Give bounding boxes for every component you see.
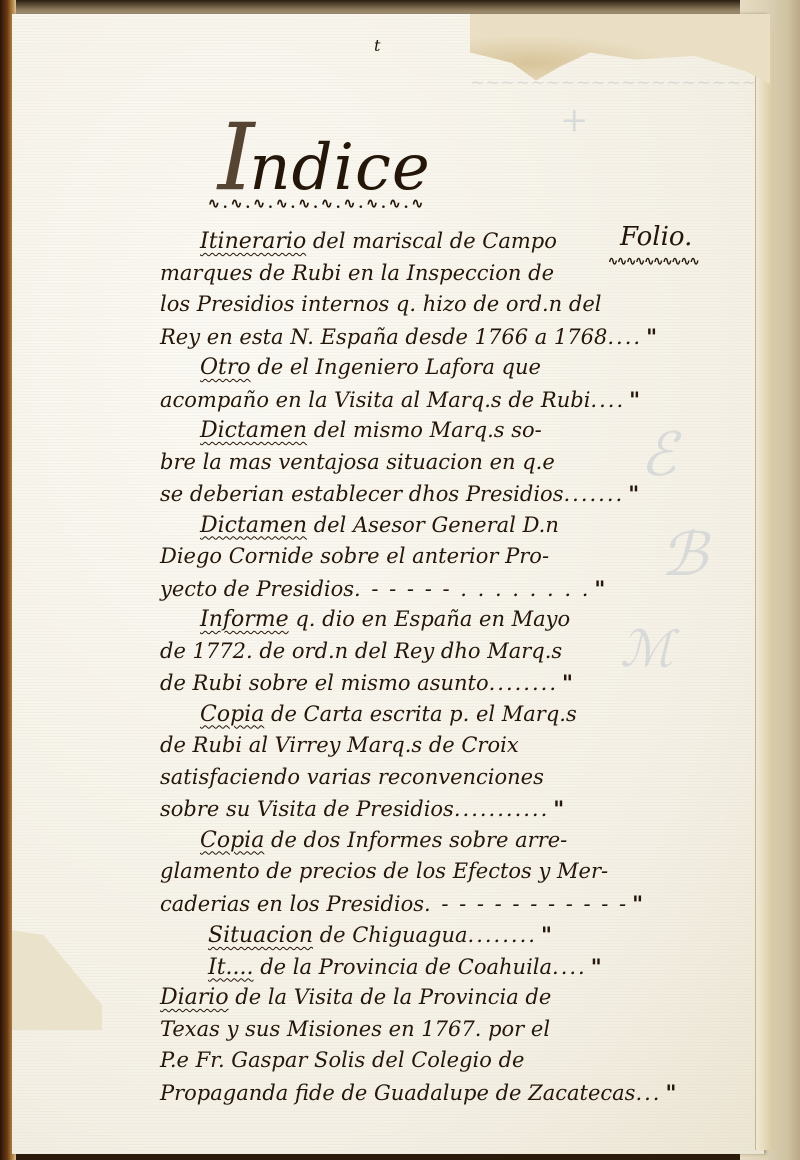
dot-leader: . - - - - - - - - - - -: [424, 892, 628, 916]
index-entry: It.... de la Provincia de Coahuila....": [160, 951, 650, 983]
index-entry: Dictamen del Asesor General D.n Diego Co…: [160, 510, 650, 605]
entry-text: Diego Cornide sobre el anterior Pro-: [160, 544, 549, 568]
entry-text: satisfaciendo varias reconvenciones: [160, 765, 544, 789]
index-entry: Informe q. dio en España en Mayo de 1772…: [160, 604, 650, 699]
page-mark: t: [374, 36, 380, 55]
entry-keyword: Itinerario: [200, 229, 306, 254]
index-entry: Diario de la Visita de la Provincia de T…: [160, 982, 650, 1108]
dot-leader: ........: [489, 671, 558, 695]
entry-text: los Presidios internos q. hizo de ord.n …: [160, 292, 601, 316]
dot-leader: ...: [635, 1081, 661, 1105]
entry-text: de dos Informes sobre arre-: [264, 828, 567, 852]
entry-text: de Chiguagua: [313, 923, 468, 947]
dot-leader: .......: [563, 482, 624, 506]
entry-text: de la Provincia de Coahuila: [254, 955, 553, 979]
entry-text: Rey en esta N. España desde 1766 a 1768: [160, 325, 607, 349]
entry-text: del Asesor General D.n: [307, 513, 559, 537]
index-entry: Dictamen del mismo Marq.s so- bre la mas…: [160, 415, 650, 510]
title-flourish: ∿.∿.∿.∿.∿.∿.∿.∿.∿.∿: [208, 196, 426, 212]
folio-ditto-mark: ": [628, 481, 639, 506]
index-entry: Situacion de Chiguagua........": [160, 919, 650, 951]
entry-text: acompaño en la Visita al Marq.s de Rubi: [160, 388, 590, 412]
entry-keyword: Copia: [200, 702, 264, 727]
index-entry: Copia de Carta escrita p. el Marq.s de R…: [160, 699, 650, 825]
entry-text: glamento de precios de los Efectos y Mer…: [160, 859, 608, 883]
entry-text: de 1772. de ord.n del Rey dho Marq.s: [160, 639, 562, 663]
entry-keyword: Diario: [160, 985, 229, 1010]
folio-ditto-mark: ": [553, 796, 564, 821]
folio-ditto-mark: ": [541, 922, 552, 947]
folio-ditto-mark: ": [629, 387, 640, 412]
entry-text: del mariscal de Campo: [306, 229, 557, 253]
folio-ditto-mark: ": [665, 1080, 676, 1105]
entry-text: Texas y sus Misiones en 1767. por el: [160, 1017, 550, 1041]
index-entry: Copia de dos Informes sobre arre- glamen…: [160, 825, 650, 920]
entry-text: de la Visita de la Provincia de: [229, 985, 552, 1009]
entry-text: caderias en los Presidios: [160, 892, 424, 916]
entry-text: de Carta escrita p. el Marq.s: [264, 702, 576, 726]
title-rest: ndice: [249, 131, 430, 205]
entry-text: Propaganda fide de Guadalupe de Zacateca…: [160, 1081, 635, 1105]
entry-keyword: Copia: [200, 828, 264, 853]
entry-text: del mismo Marq.s so-: [307, 418, 542, 442]
entry-text: de Rubi sobre el mismo asunto: [160, 671, 489, 695]
entry-text: de el Ingeniero Lafora que: [251, 355, 541, 379]
entry-keyword: Dictamen: [200, 418, 307, 443]
folio-ditto-mark: ": [594, 576, 605, 601]
dot-leader: ....: [590, 388, 625, 412]
index-entries: Itinerario del mariscal de Campo marques…: [160, 226, 650, 1108]
folio-ditto-mark: ": [646, 324, 657, 349]
entry-keyword: Informe: [200, 607, 289, 632]
entry-text: q. dio en España en Mayo: [289, 607, 571, 631]
page-title: Indice: [218, 112, 431, 204]
folio-ditto-mark: ": [591, 954, 602, 979]
dot-leader: ........: [468, 923, 537, 947]
entry-keyword: Situacion: [208, 923, 313, 948]
entry-keyword: It....: [208, 955, 254, 980]
folio-ditto-mark: ": [632, 891, 643, 916]
entry-text: bre la mas ventajosa situacion en q.e: [160, 450, 555, 474]
entry-text: yecto de Presidios: [160, 577, 354, 601]
index-entry: Otro de el Ingeniero Lafora que acompaño…: [160, 352, 650, 415]
folio-ditto-mark: ": [562, 670, 573, 695]
dot-leader: ....: [607, 325, 642, 349]
entry-text: P.e Fr. Gaspar Solis del Colegio de: [160, 1048, 524, 1072]
entry-text: de Rubi al Virrey Marq.s de Croix: [160, 733, 519, 757]
dot-leader: ....: [552, 955, 587, 979]
entry-keyword: Otro: [200, 355, 251, 380]
entry-text: marques de Rubi en la Inspeccion de: [160, 261, 554, 285]
index-entry: Itinerario del mariscal de Campo marques…: [160, 226, 650, 352]
entry-text: sobre su Visita de Presidios: [160, 797, 454, 821]
entry-text: se deberian establecer dhos Presidios: [160, 482, 563, 506]
dot-leader: ...........: [454, 797, 549, 821]
entry-keyword: Dictamen: [200, 513, 307, 538]
scanned-manuscript-page: ~~~~~~~~~~~~~~~~~~~ + ℰ ℬ ℳ t Indice ∿.∿…: [0, 0, 800, 1160]
paper-right-edge: [755, 30, 774, 1150]
title-initial: I: [218, 104, 255, 211]
dot-leader: . - - - - - . . . . . . . .: [354, 577, 590, 601]
